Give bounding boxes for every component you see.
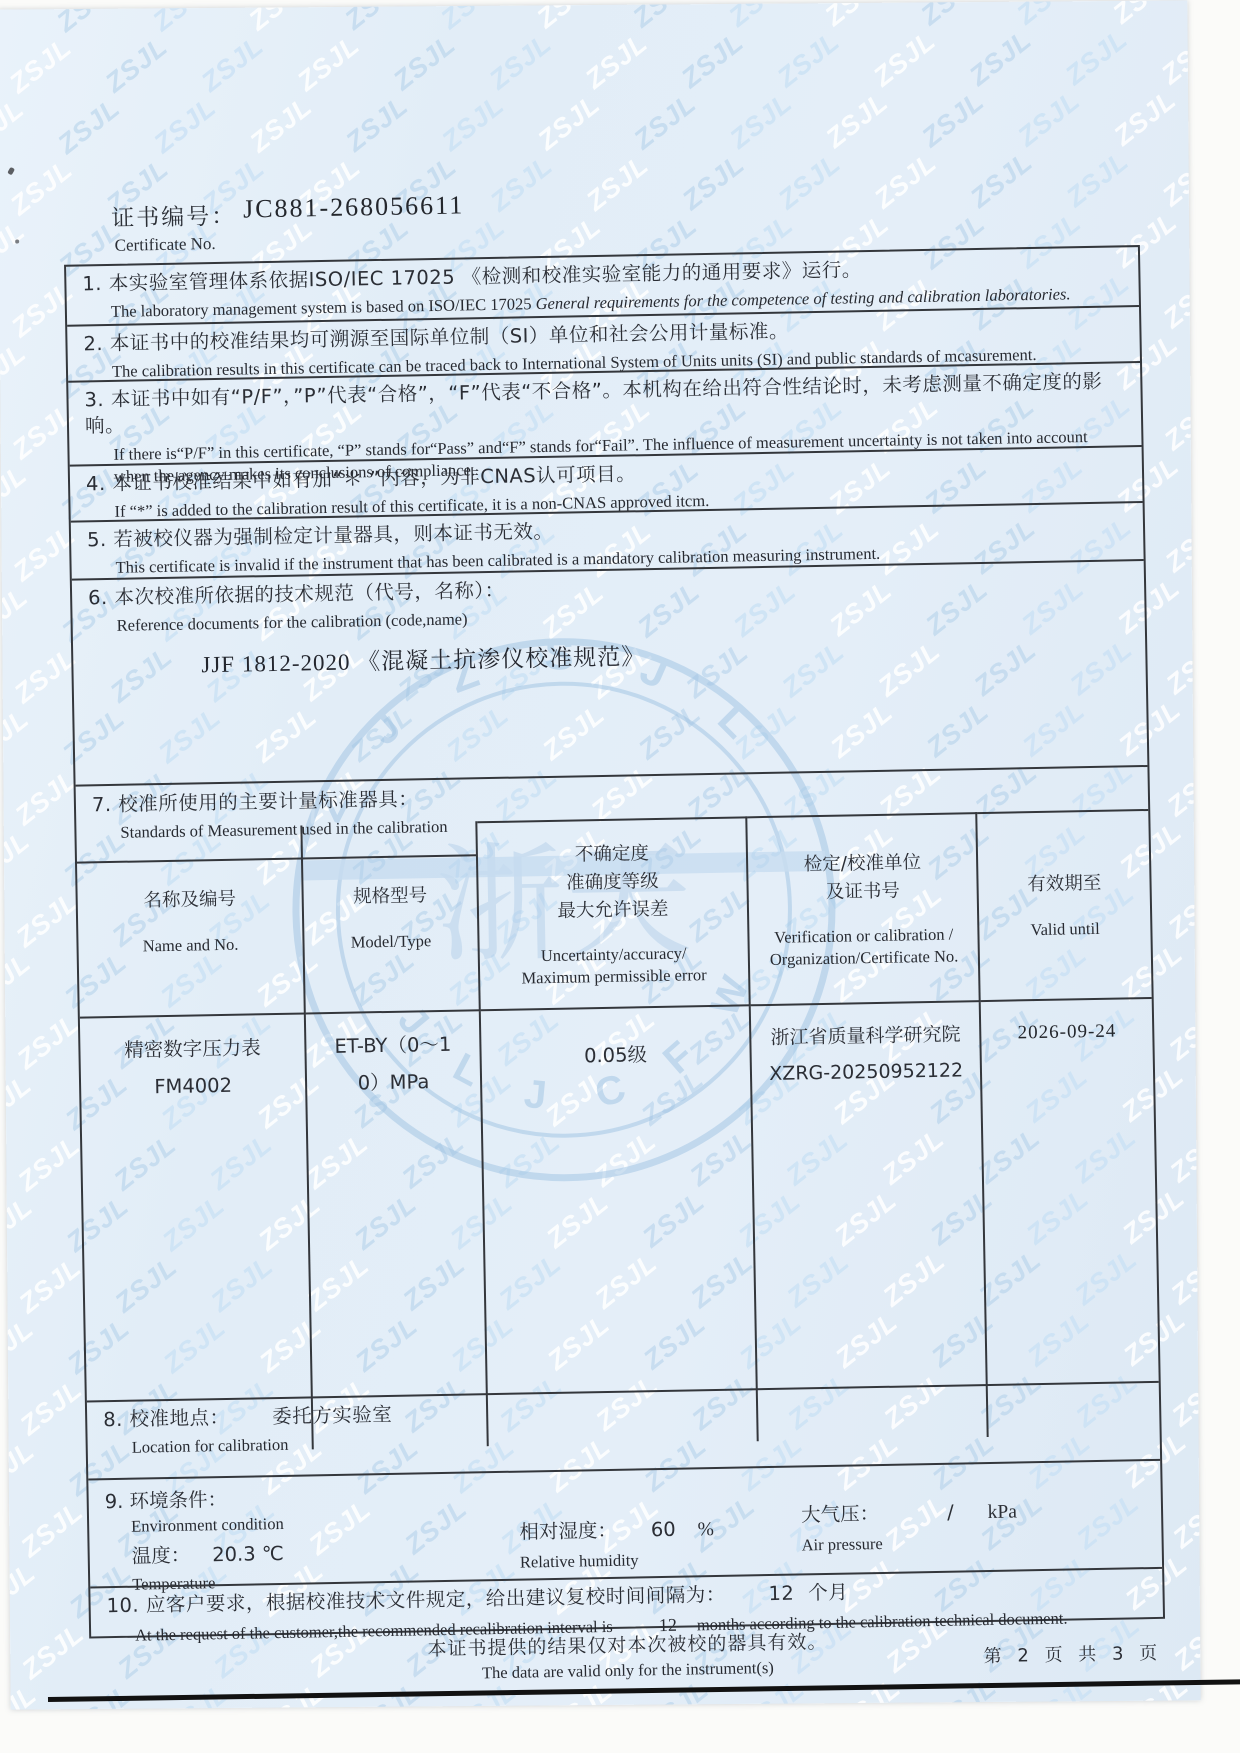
standards-section: 7. 校准所使用的主要计量标准器具： Standards of Measurem…	[76, 765, 1159, 1401]
standards-table: 名称及编号 Name and No. 规格型号 Model/Type 不确定度 …	[76, 809, 1159, 1454]
cell-model: ET-BY（0～1 0）MPa	[305, 1010, 488, 1449]
printed-content: Z J Z S J L J L J C F W 浙天 证书编号： JC881-2…	[0, 0, 1201, 1709]
header-valid-until-en: Valid until	[984, 917, 1147, 941]
header-name-en: Name and No.	[82, 932, 298, 957]
pressure-unit: kPa	[987, 1502, 1017, 1524]
humidity-label-en: Relative humidity	[520, 1549, 715, 1573]
location-label-cn: 校准地点：	[129, 1406, 229, 1431]
page-number: 第 2 页 共 3 页	[983, 1639, 1162, 1668]
header-model-type: 规格型号 Model/Type	[301, 822, 479, 1013]
standards-title-cn: 校准所使用的主要计量标准器具：	[118, 787, 418, 815]
environment-section: 9. 环境条件： Environment condition 温度：20.3 ℃…	[88, 1459, 1162, 1587]
note-4-text-cn: 本证书校准结果中如有加“＊ ”内容，为非CNAS认可项目。	[112, 462, 636, 495]
note-6-text-cn: 本次校准所依据的技术规范（代号，名称）：	[114, 579, 505, 609]
humidity-group: 相对湿度：60% Relative humidity	[519, 1513, 715, 1573]
standards-number: 7.	[92, 793, 112, 816]
environment-title-group: 9. 环境条件： Environment condition 温度：20.3 ℃…	[104, 1483, 285, 1595]
reference-document-line: JJF 1812-2020 《混凝土抗渗仪校准规范》	[201, 629, 1131, 679]
header-valid-until: 有效期至 Valid until	[977, 810, 1152, 1001]
standards-table-header-row: 名称及编号 Name and No. 规格型号 Model/Type 不确定度 …	[76, 810, 1151, 1018]
certificate-no-label-en: Certificate No.	[115, 234, 216, 256]
header-uncertainty: 不确定度 准确度等级 最大允许误差 Uncertainty/accuracy/ …	[476, 817, 750, 1010]
pressure-group: 大气压：/kPa Air pressure	[801, 1496, 1018, 1556]
environment-title-en: Environment condition	[131, 1514, 284, 1537]
header-valid-until-cn: 有效期至	[983, 870, 1146, 901]
note-5-number: 5.	[87, 528, 107, 551]
environment-number: 9.	[105, 1490, 124, 1513]
note-6-number: 6.	[88, 586, 108, 609]
note-5-text-cn: 若被校仪器为强制检定计量器具，则本证书无效。	[113, 520, 553, 551]
note-1-number: 1.	[82, 272, 102, 295]
scanned-calibration-certificate-page: { "certificate": { "label_cn": "证书编号：", …	[0, 0, 1240, 1753]
certificate-no-value: JC881-268056611	[243, 190, 465, 224]
humidity-value: 60	[651, 1518, 676, 1541]
header-organization-cn: 检定/校准单位 及证书号	[752, 848, 973, 908]
pressure-value: /	[947, 1501, 954, 1524]
note-6-reference-documents: 6. 本次校准所依据的技术规范（代号，名称）： Reference docume…	[72, 559, 1148, 785]
cell-accuracy: 0.05级	[480, 1005, 758, 1446]
temperature-label-cn: 温度：	[132, 1544, 191, 1568]
paper-sheet: ZSJLZSJLZSJLZSJLZSJLZSJLZSJLZSJLZSJLZSJL…	[0, 0, 1201, 1709]
cell-organization: 浙江省质量科学研究院 XZRG-20250952122	[750, 1001, 988, 1441]
note-3-number: 3.	[84, 388, 104, 411]
cell-valid-until: 2026-09-24	[980, 998, 1160, 1437]
header-uncertainty-en: Uncertainty/accuracy/ Maximum permissibl…	[483, 942, 744, 990]
humidity-unit: %	[697, 1519, 714, 1540]
header-model-cn: 规格型号	[308, 881, 473, 912]
certificate-notes-box: 1. 本实验室管理体系依据ISO/IEC 17025 《检测和校准实验室能力的通…	[64, 245, 1165, 1638]
scan-speck	[15, 240, 19, 244]
note-2-text-cn: 本证书中的校准结果均可溯源至国际单位制（SI）单位和社会公用计量标准。	[110, 319, 789, 354]
pressure-label-en: Air pressure	[801, 1531, 1017, 1555]
note-4-number: 4.	[86, 472, 106, 495]
environment-title-cn: 环境条件：	[129, 1488, 227, 1513]
temperature-value: 20.3	[212, 1542, 256, 1566]
humidity-label-cn: 相对湿度：	[519, 1519, 617, 1544]
temperature-unit: ℃	[262, 1542, 284, 1565]
header-name-cn: 名称及编号	[81, 885, 298, 917]
certificate-no-label-cn: 证书编号：	[111, 198, 237, 233]
interval-text-cn: 应客户要求，根据校准技术文件规定，给出建议复校时间间隔为：	[146, 1583, 726, 1617]
location-number: 8.	[103, 1408, 123, 1431]
interval-number: 10.	[106, 1594, 139, 1618]
interval-unit-cn: 个月	[808, 1581, 848, 1605]
interval-value-cn: 12	[768, 1582, 794, 1605]
header-organization: 检定/校准单位 及证书号 Verification or calibration…	[746, 813, 980, 1005]
header-organization-en: Verification or calibration / Organizati…	[753, 924, 974, 971]
note-2-number: 2.	[83, 332, 103, 355]
location-value: 委托方实验室	[272, 1403, 392, 1428]
header-model-en: Model/Type	[308, 929, 473, 953]
header-name-and-no: 名称及编号 Name and No.	[76, 825, 305, 1017]
header-uncertainty-cn: 不确定度 准确度等级 最大允许误差	[482, 838, 744, 926]
pressure-label-cn: 大气压：	[801, 1502, 879, 1526]
cell-instrument-name: 精密数字压力表 FM4002	[80, 1014, 313, 1454]
